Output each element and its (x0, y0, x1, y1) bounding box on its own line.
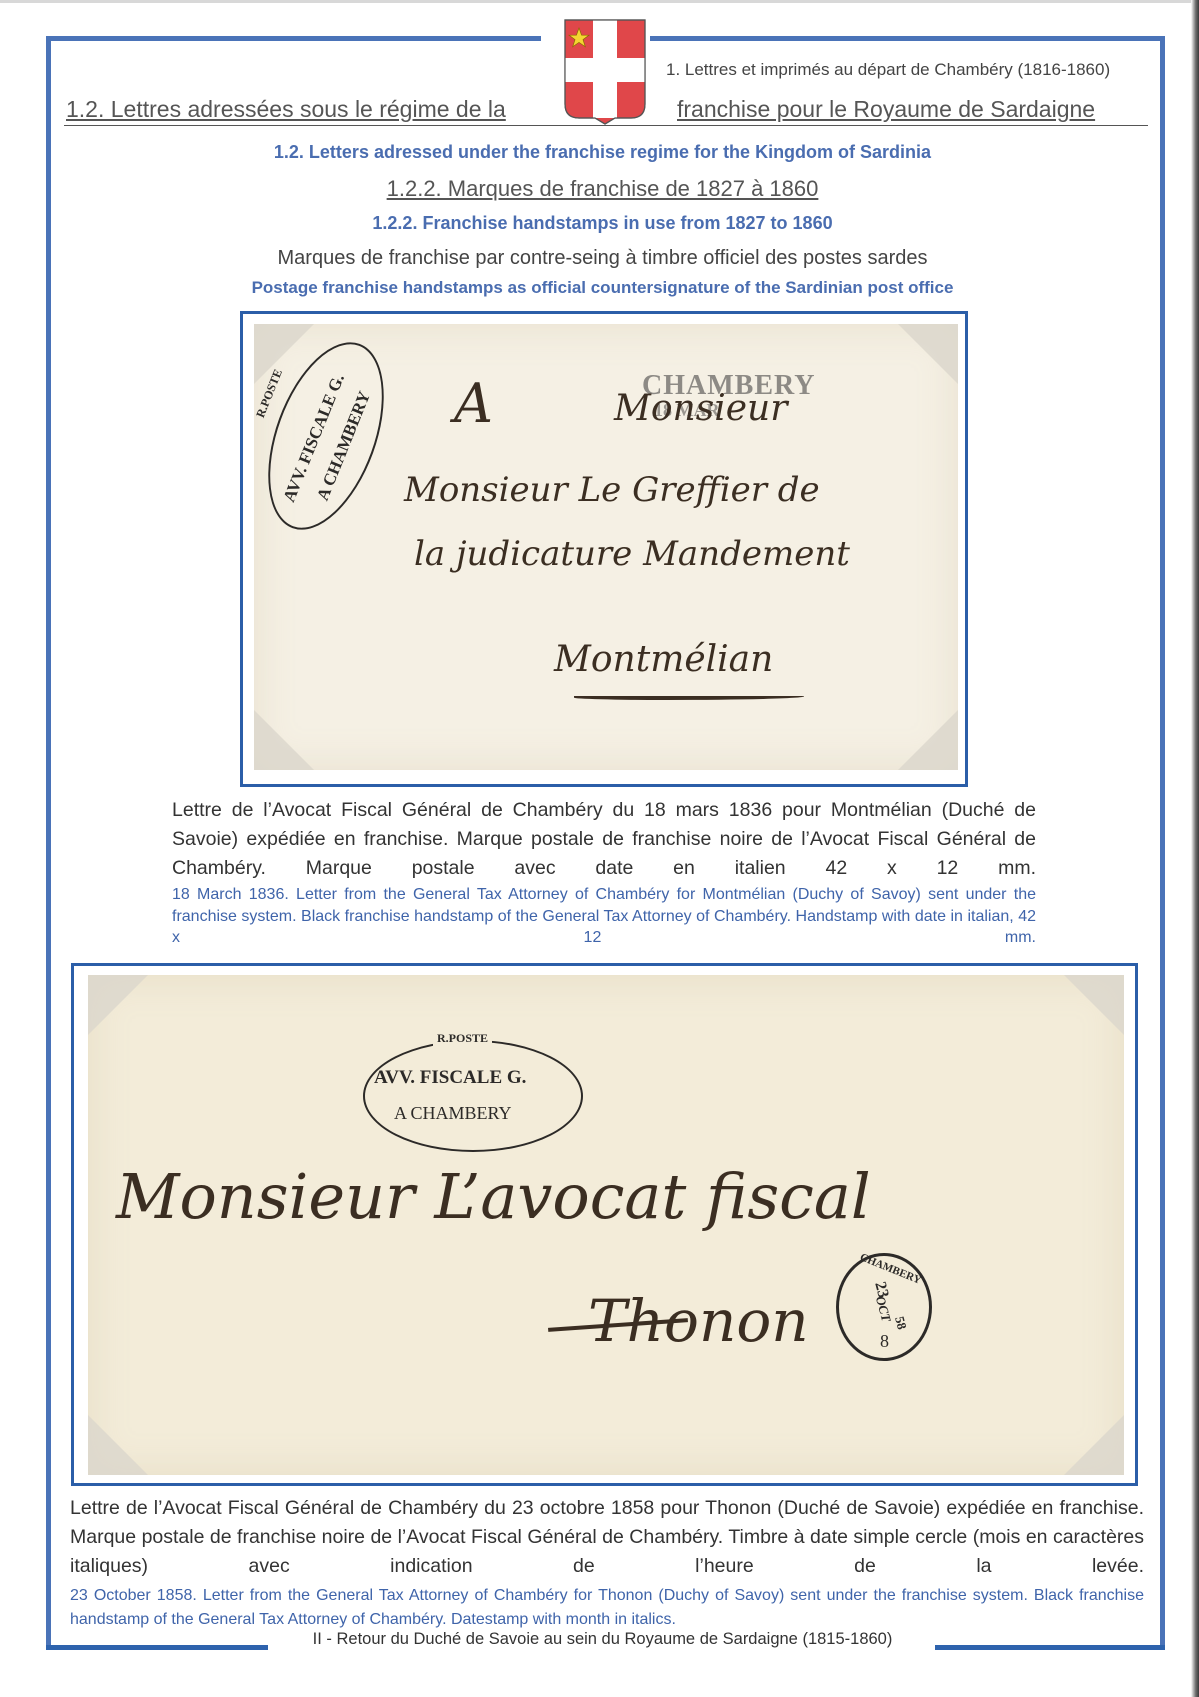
photo-corner (254, 710, 314, 770)
page-frame-bottom-left (46, 1645, 268, 1650)
photo-corner (1064, 1415, 1124, 1475)
address-line4: la judicature Mandement (414, 534, 850, 574)
photo-corner (88, 1415, 148, 1475)
photo-corner (88, 975, 148, 1035)
date-stamp-hour: 8 (880, 1331, 889, 1352)
caption-1-english: 18 March 1836. Letter from the General T… (172, 884, 1036, 970)
franchise-stamp-line2: AVV. FISCALE G. (374, 1067, 526, 1089)
franchise-stamp-line1: R.POSTE (433, 1031, 492, 1046)
underline-flourish (574, 694, 804, 700)
subtitle: 1.2.2. Marques de franchise de 1827 à 18… (60, 176, 1145, 202)
page-frame-top-right (650, 36, 1165, 41)
page-frame-top-left (46, 36, 541, 41)
envelope-1-image: R.POSTE AVV. FISCALE G. A CHAMBERY CHAMB… (254, 324, 958, 770)
caption-2-english: 23 October 1858. Letter from the General… (70, 1584, 1144, 1632)
address-line2: Thonon (588, 1287, 809, 1355)
photo-corner (898, 710, 958, 770)
section-title: 1. Lettres et imprimés au départ de Cham… (666, 60, 1110, 80)
page-frame-left (46, 36, 51, 1650)
franchise-stamp-oval (363, 1040, 583, 1152)
page-frame-right (1160, 36, 1165, 1650)
address-line5: Montmélian (554, 639, 773, 680)
scan-edge-shadow (1191, 0, 1199, 1697)
main-title-english: 1.2. Letters adressed under the franchis… (60, 142, 1145, 163)
title-rule (64, 125, 1148, 126)
photo-corner (898, 324, 958, 384)
description-english: Postage franchise handstamps as official… (60, 278, 1145, 298)
scan-edge (0, 0, 1199, 3)
description: Marques de franchise par contre-seing à … (60, 247, 1145, 270)
address-line3: Monsieur Le Greffier de (404, 470, 820, 510)
photo-corner (1064, 975, 1124, 1035)
address-line1: A (454, 372, 493, 435)
franchise-stamp-line3: A CHAMBERY (394, 1103, 512, 1124)
savoy-cross-shield-icon (557, 18, 653, 126)
page-frame-bottom-right (935, 1645, 1165, 1650)
address-line1: Monsieur L’avocat fiscal (116, 1160, 871, 1233)
main-title-left: 1.2. Lettres adressées sous le régime de… (66, 96, 506, 123)
address-line2: Monsieur (614, 388, 787, 429)
main-title-right: franchise pour le Royaume de Sardaigne (677, 96, 1095, 123)
envelope-2-image: R.POSTE AVV. FISCALE G. A CHAMBERY Monsi… (88, 975, 1124, 1475)
page-footer: II - Retour du Duché de Savoie au sein d… (270, 1630, 935, 1649)
subtitle-english: 1.2.2. Franchise handstamps in use from … (60, 213, 1145, 234)
